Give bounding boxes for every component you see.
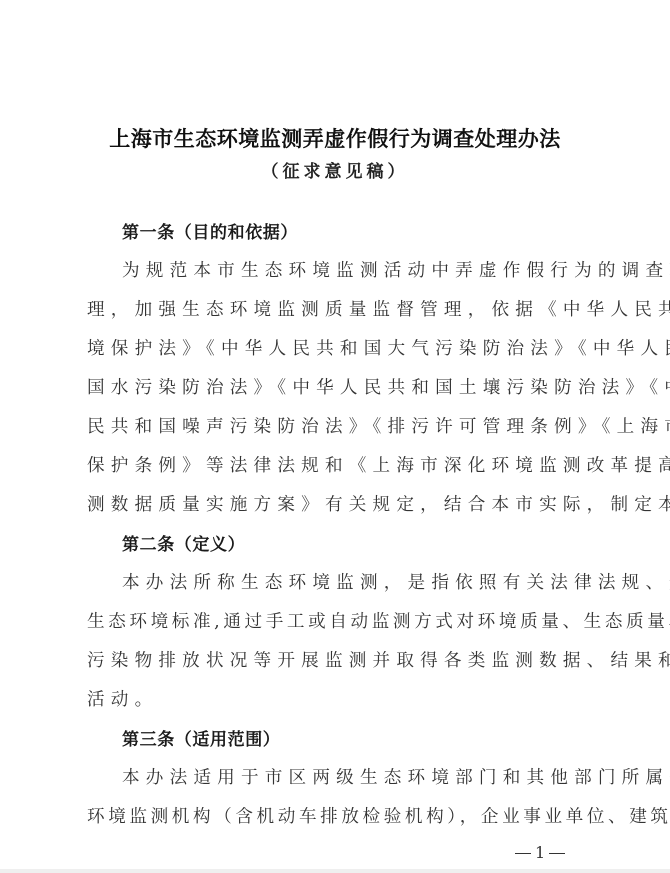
article-2-paragraph-line: 本办法所称生态环境监测，是指依照有关法律法规、规章、: [122, 568, 587, 598]
page-number-value: 1: [535, 843, 545, 862]
dash-left: [515, 853, 531, 854]
article-3-paragraph-line: 本办法适用于市区两级生态环境部门和其他部门所属生态: [122, 763, 587, 793]
document-subtitle: （征求意见稿）: [0, 159, 670, 185]
article-1-paragraph-line: 境保护法》《中华人民共和国大气污染防治法》《中华人民共和: [87, 334, 587, 364]
article-1-paragraph-line: 测数据质量实施方案》有关规定，结合本市实际，制定本办法。: [87, 490, 587, 520]
article-2-heading: 第二条（定义）: [122, 530, 622, 560]
dash-right: [549, 853, 565, 854]
article-1-paragraph-line: 为规范本市生态环境监测活动中弄虚作假行为的调查和处: [122, 256, 587, 286]
article-1-paragraph-line: 民共和国噪声污染防治法》《排污许可管理条例》《上海市环境: [87, 412, 587, 442]
article-1-heading: 第一条（目的和依据）: [122, 218, 622, 248]
document-page: 上海市生态环境监测弄虚作假行为调查处理办法 （征求意见稿） 第一条（目的和依据）…: [0, 0, 670, 869]
article-2-paragraph-line: 活动。: [87, 685, 587, 715]
article-1-paragraph-line: 保护条例》等法律法规和《上海市深化环境监测改革提高环境监: [87, 451, 587, 481]
article-1-paragraph-line: 国水污染防治法》《中华人民共和国土壤污染防治法》《中华人: [87, 373, 587, 403]
article-3-heading: 第三条（适用范围）: [122, 725, 622, 755]
article-3-paragraph-line: 环境监测机构（含机动车排放检验机构），企业事业单位、建筑: [87, 802, 587, 832]
article-1-paragraph-line: 理，加强生态环境监测质量监督管理，依据《中华人民共和国环: [87, 295, 587, 325]
page-bottom-edge: [0, 869, 670, 873]
page-number: 1: [511, 840, 569, 866]
article-2-paragraph-line: 污染物排放状况等开展监测并取得各类监测数据、结果和报告的: [87, 646, 587, 676]
article-2-paragraph-line: 生态环境标准,通过手工或自动监测方式对环境质量、生态质量、: [87, 607, 587, 637]
document-title: 上海市生态环境监测弄虚作假行为调查处理办法: [0, 124, 670, 154]
